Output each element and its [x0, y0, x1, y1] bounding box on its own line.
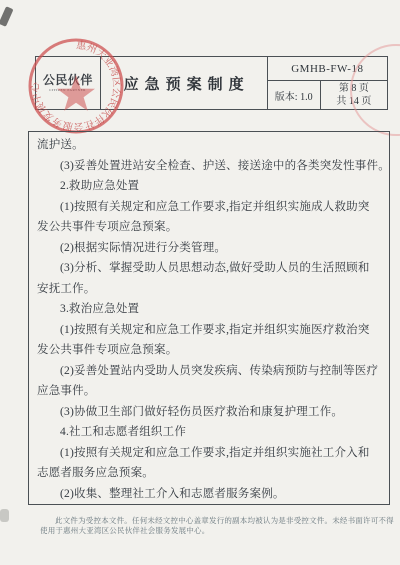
- body-line: (1)按照有关规定和应急工作要求,指定并组织实施医疗救治突: [37, 320, 383, 341]
- body-line: (3)分析、掌握受助人员思想动态,做好受助人员的生活照顾和: [37, 258, 383, 279]
- scanned-document-page: 公民伙伴 CITIZEN PARTNER 应急预案制度 GMHB-FW-18 版…: [0, 0, 400, 565]
- org-logo-text: 公民伙伴: [43, 74, 93, 86]
- body-line: (2)妥善处置站内受助人员突发疾病、传染病预防与控制等医疗: [37, 361, 383, 382]
- body-line: (2)收集、整理社工介入和志愿者服务案例。: [37, 484, 383, 505]
- body-line: (1)按照有关规定和应急工作要求,指定并组织实施社工介入和: [37, 443, 383, 464]
- body-line: 志愿者服务应急预案。: [37, 463, 383, 484]
- body-line: (1)按照有关规定和应急工作要求,指定并组织实施成人救助突: [37, 197, 383, 218]
- title-cell: 应急预案制度: [101, 57, 268, 109]
- document-body: 流护送。 (3)妥善处置进站安全检查、护送、接送途中的各类突发性事件。 2.救助…: [28, 131, 390, 505]
- org-logo-subtext: CITIZEN PARTNER: [49, 88, 86, 92]
- control-note-line: 此文件为受控本文件。任何未经文控中心盖章发行的副本均被认为是非受控文件。未经书面…: [40, 516, 370, 526]
- logo-cell: 公民伙伴 CITIZEN PARTNER: [36, 57, 101, 109]
- body-line: 发公共事件专项应急预案。: [37, 217, 383, 238]
- body-line: 安抚工作。: [37, 279, 383, 300]
- body-line: (2)根据实际情况进行分类管理。: [37, 238, 383, 259]
- body-line: 4.社工和志愿者组织工作: [37, 422, 383, 443]
- body-line: 2.救助应急处置: [37, 176, 383, 197]
- body-line: (3)妥善处置进站安全检查、护送、接送途中的各类突发性事件。: [37, 156, 383, 177]
- body-line: (3)协做卫生部门做好轻伤员医疗救治和康复护理工作。: [37, 402, 383, 423]
- body-line: 发公共事件专项应急预案。: [37, 340, 383, 361]
- document-version: 版本: 1.0: [268, 81, 321, 109]
- scan-artifact-mark: [0, 509, 9, 522]
- document-control-note: 此文件为受控本文件。任何未经文控中心盖章发行的副本均被认为是非受控文件。未经书面…: [40, 516, 370, 536]
- body-line: 应急事件。: [37, 381, 383, 402]
- document-title: 应急预案制度: [118, 73, 250, 94]
- body-line: 流护送。: [37, 135, 383, 156]
- document-header-table: 公民伙伴 CITIZEN PARTNER 应急预案制度 GMHB-FW-18 版…: [35, 56, 388, 110]
- control-note-line: 使用于惠州大亚湾区公民伙伴社会服务发展中心。: [40, 526, 370, 536]
- body-line: 3.救治应急处置: [37, 299, 383, 320]
- scan-artifact-mark: [0, 6, 14, 27]
